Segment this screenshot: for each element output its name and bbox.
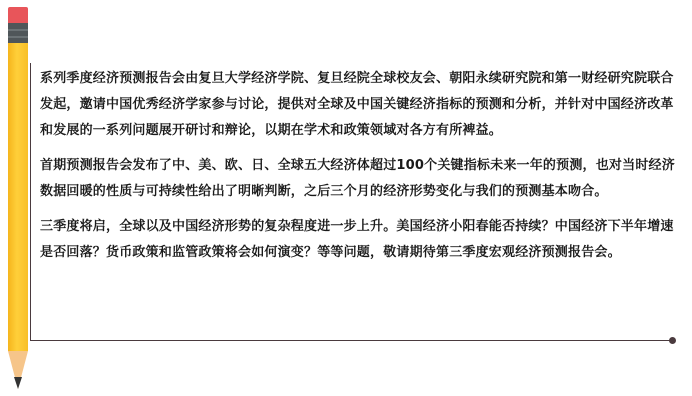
pencil-ferrule <box>8 23 28 43</box>
paragraph-first-report: 首期预测报告会发布了中、美、欧、日、全球五大经济体超过100个关键指标未来一年的… <box>40 153 680 205</box>
frame-end-dot <box>669 337 676 344</box>
pencil-lead <box>14 377 22 389</box>
pencil-eraser <box>8 7 28 23</box>
paragraph-third-quarter: 三季度将启，全球以及中国经济形势的复杂程度进一步上升。美国经济小阳春能否持续？中… <box>40 214 680 266</box>
pencil-icon <box>8 7 28 389</box>
frame-bottom-border <box>30 340 672 341</box>
text-content: 系列季度经济预测报告会由复旦大学经济学院、复旦经院全球校友会、朝阳永续研究院和第… <box>40 66 680 275</box>
paragraph-intro: 系列季度经济预测报告会由复旦大学经济学院、复旦经院全球校友会、朝阳永续研究院和第… <box>40 66 680 144</box>
frame-left-border <box>30 63 31 341</box>
pencil-body <box>8 43 28 351</box>
